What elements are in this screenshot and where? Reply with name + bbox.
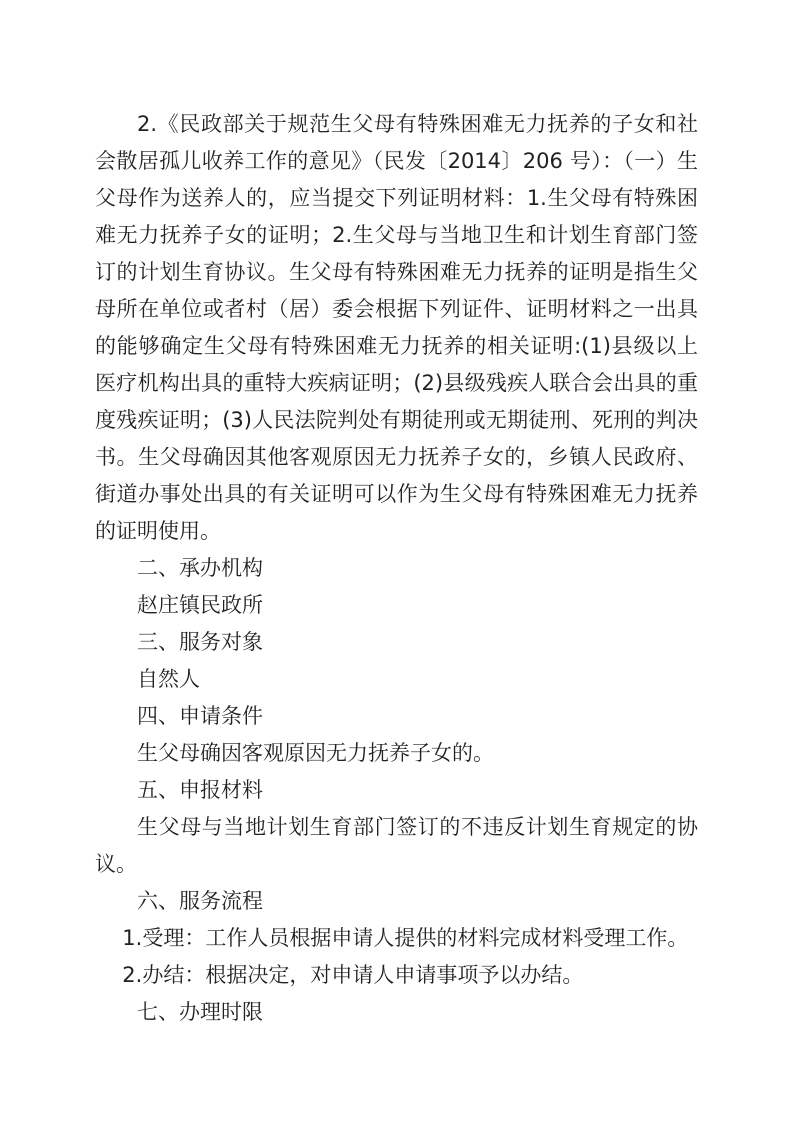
- paragraph: 2.《民政部关于规范生父母有特殊困难无力抚养的子女和社会散居孤儿收养工作的意见》…: [95, 106, 698, 550]
- section-heading: 二、承办机构: [95, 550, 698, 587]
- section-heading: 四、申请条件: [95, 698, 698, 735]
- document-body: 2.《民政部关于规范生父母有特殊困难无力抚养的子女和社会散居孤儿收养工作的意见》…: [95, 106, 698, 1031]
- section-heading: 六、服务流程: [95, 883, 698, 920]
- document-page: 2.《民政部关于规范生父母有特殊困难无力抚养的子女和社会散居孤儿收养工作的意见》…: [0, 0, 793, 1122]
- paragraph: 自然人: [95, 661, 698, 698]
- paragraph: 赵庄镇民政所: [95, 587, 698, 624]
- section-heading: 七、办理时限: [95, 994, 698, 1031]
- process-step: 2.办结：根据决定，对申请人申请事项予以办结。: [95, 957, 698, 994]
- paragraph: 生父母与当地计划生育部门签订的不违反计划生育规定的协议。: [95, 809, 698, 883]
- process-step: 1.受理：工作人员根据申请人提供的材料完成材料受理工作。: [95, 920, 698, 957]
- section-heading: 五、申报材料: [95, 772, 698, 809]
- paragraph: 生父母确因客观原因无力抚养子女的。: [95, 735, 698, 772]
- section-heading: 三、服务对象: [95, 624, 698, 661]
